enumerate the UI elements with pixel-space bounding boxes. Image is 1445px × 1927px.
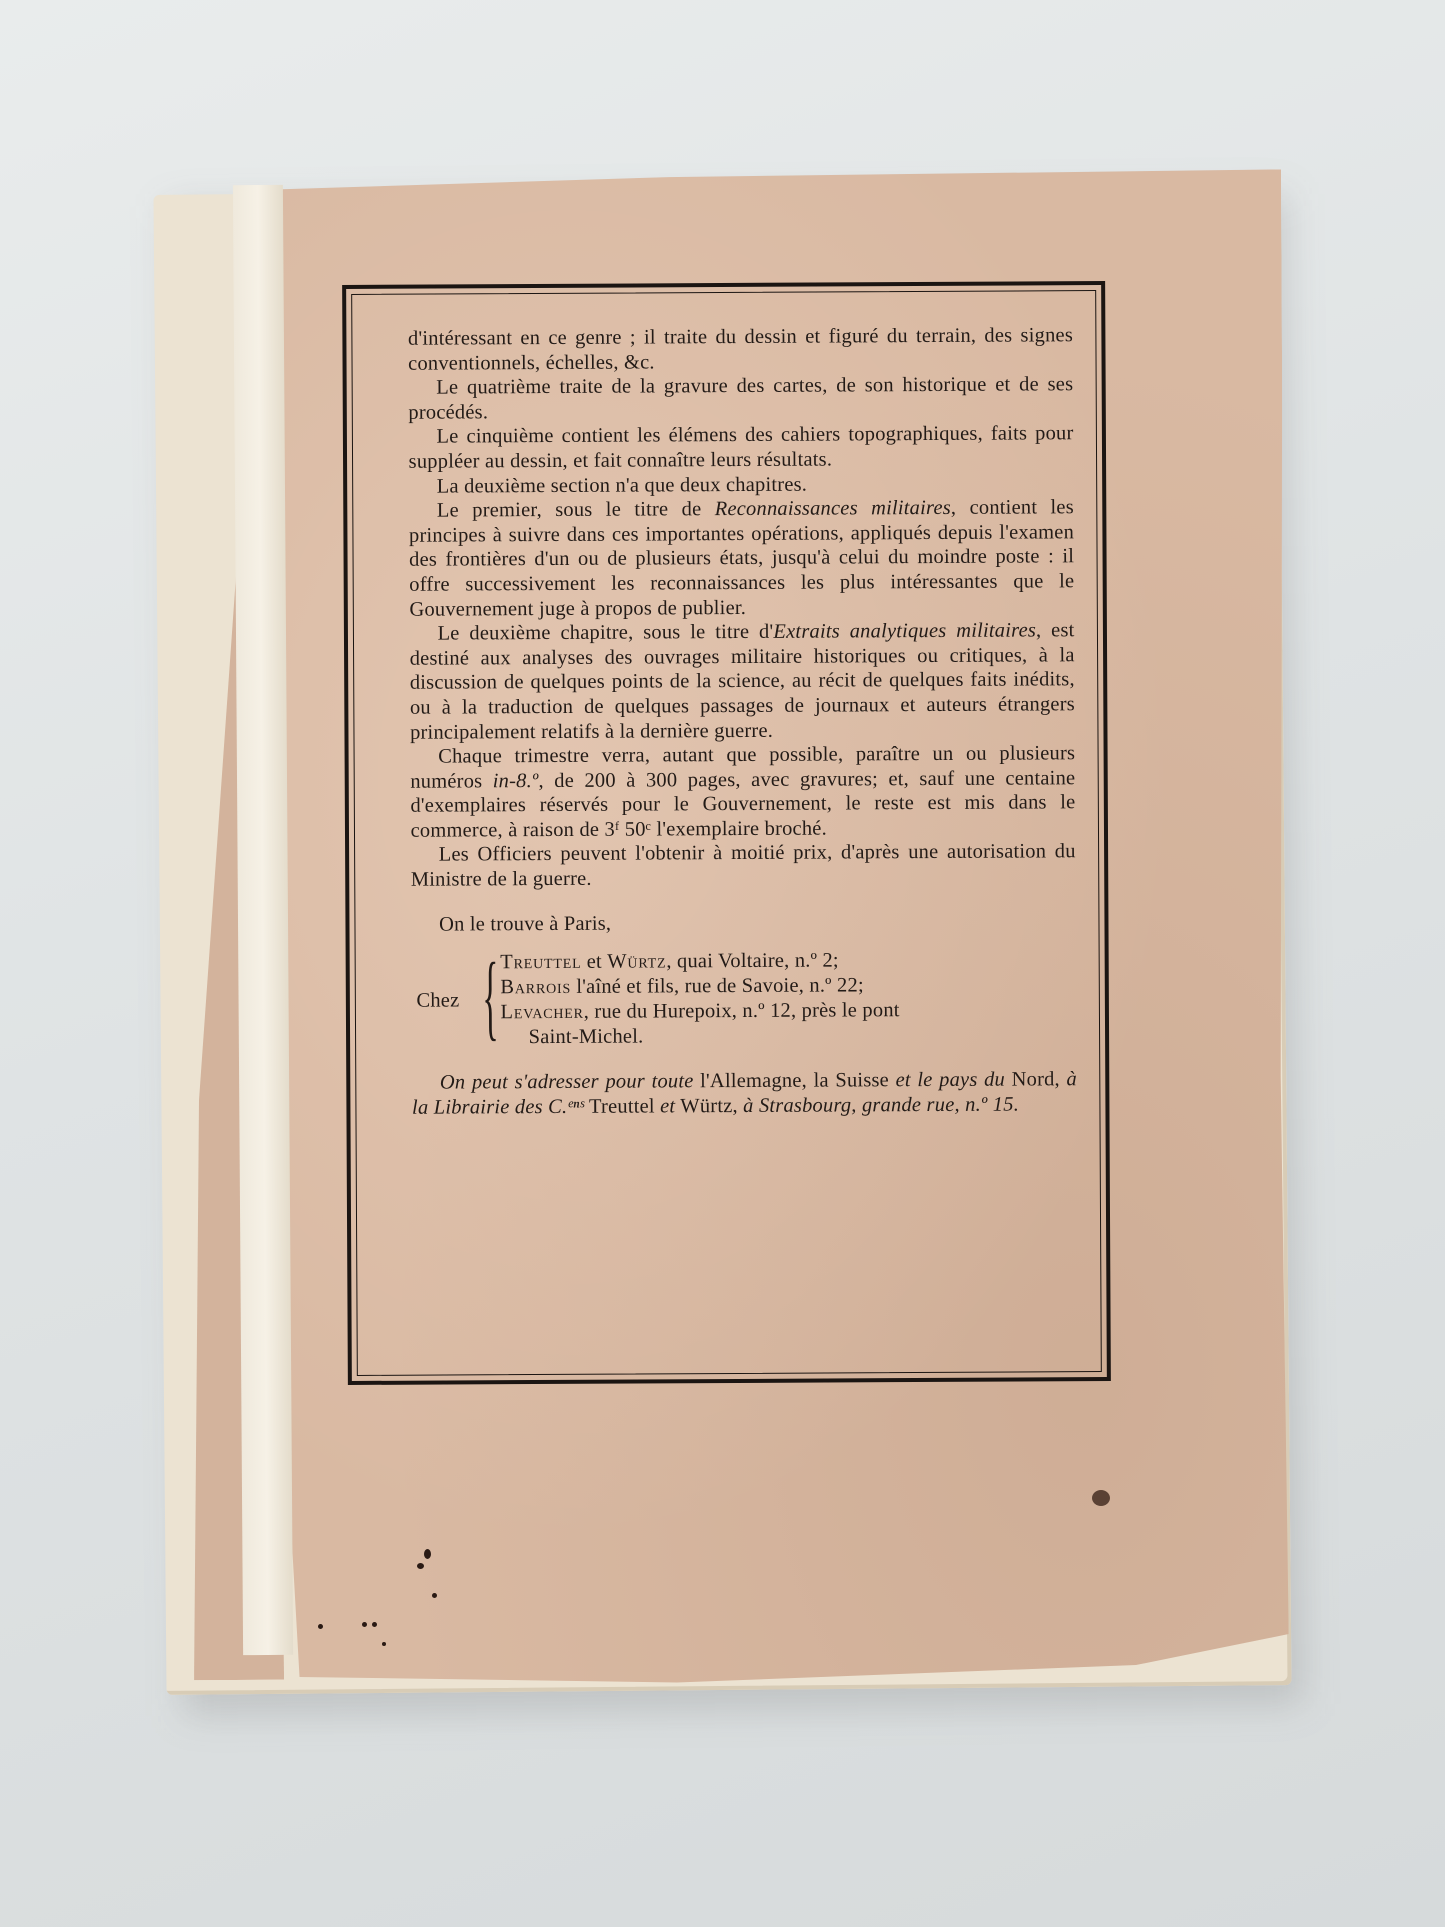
paragraph-officiers: Les Officiers peuvent l'obtenir à moitié… (411, 840, 1076, 893)
cover-text-block: d'intéressant en ce genre ; il traite du… (408, 323, 1077, 1120)
paragraph-cinquieme: Le cinquième contient les élémens des ca… (408, 422, 1073, 475)
paragraph-deuxieme-section: La deuxième section n'a que deux chapitr… (409, 471, 1074, 499)
seller-treuttel: Treuttel et Würtz, quai Voltaire, n.º 2; (500, 948, 899, 975)
paragraph-deuxieme-chapitre: Le deuxième chapitre, sous le titre d'Ex… (409, 618, 1075, 744)
spine-strip (233, 185, 293, 1655)
paragraph-quatrieme: Le quatrième traite de la gravure des ca… (408, 372, 1073, 425)
ink-spot (318, 1624, 323, 1629)
ink-spot (372, 1622, 377, 1627)
sellers-list: Treuttel et Würtz, quai Voltaire, n.º 2;… (500, 948, 900, 1050)
ink-spot (432, 1593, 437, 1598)
ink-spot (362, 1622, 367, 1627)
paragraph-premier-chapitre: Le premier, sous le titre de Reconnaissa… (409, 495, 1075, 621)
chez-label: Chez (411, 988, 476, 1013)
paris-intro: On le trouve à Paris, (411, 909, 1076, 937)
ink-spot (424, 1549, 431, 1559)
paragraph-trimestre: Chaque trimestre verra, autant que possi… (410, 741, 1076, 843)
ink-spot (382, 1642, 386, 1646)
brace-glyph: { (482, 949, 489, 1045)
title-reconnaissances: Reconnaissances militaires (715, 497, 951, 520)
seller-barrois: Barrois l'aîné et fils, rue de Savoie, n… (500, 973, 899, 1000)
paragraph-terrain: d'intéressant en ce genre ; il traite du… (408, 323, 1073, 376)
seller-levacher: Levacher, rue du Hurepoix, n.º 12, près … (500, 998, 899, 1025)
paragraph-strasbourg: On peut s'adresser pour toute l'Allemagn… (412, 1068, 1077, 1121)
sellers-block: Chez { Treuttel et Würtz, quai Voltaire,… (411, 948, 1077, 1051)
title-extraits: Extraits analytiques militaires (773, 620, 1036, 643)
ink-spot (417, 1563, 424, 1569)
wormhole (1092, 1490, 1110, 1506)
seller-levacher-cont: Saint-Michel. (501, 1023, 900, 1050)
